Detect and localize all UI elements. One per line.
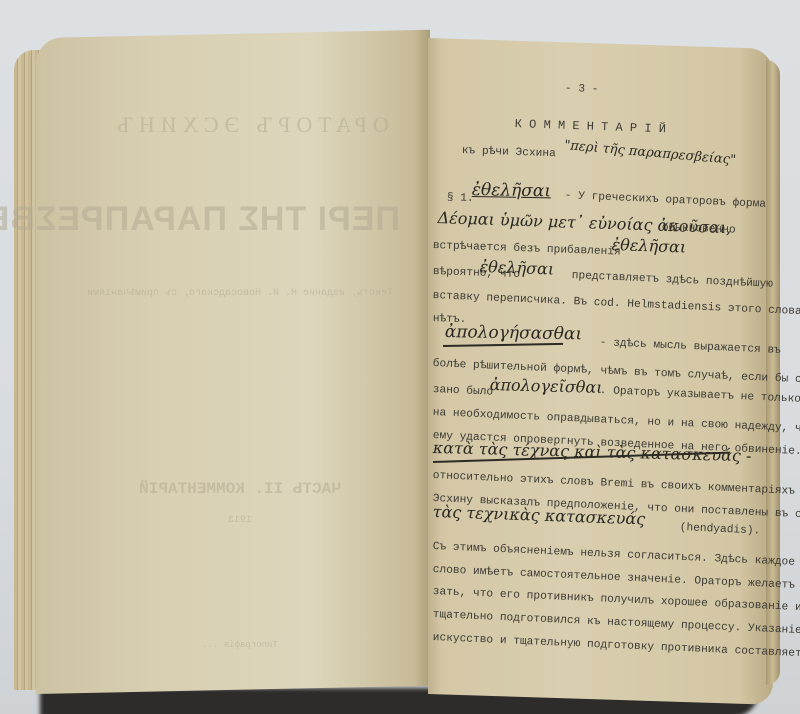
greek-word: ἐθελῆσαι: [479, 257, 554, 279]
bleed-through-title: ОРАТОРЪ ЭСХИНЪ: [100, 112, 400, 138]
bleed-through-year: 1913: [180, 515, 300, 526]
bleed-through-heading: ΠΕΡΙ ΤΗΣ ΠΑΡΑΠΡΕΣΒΕΙΑΣ: [80, 200, 400, 239]
greek-word: ἐθελῆσαι: [472, 180, 552, 201]
bleed-through-subtitle: Текстъ, издание Н. И. Новосадскаго, съ п…: [70, 288, 410, 299]
text-line: зано было: [432, 384, 493, 399]
greek-word: ἀπολογήσασθαι: [445, 322, 583, 344]
page-number: - 3 -: [565, 83, 599, 96]
bleed-through-footer: Типографія ...: [110, 640, 370, 650]
greek-word: ἀπολογεῖσθαι: [490, 375, 603, 397]
bleed-through-part: ЧАСТЬ II. КОММЕНТАРІЙ: [120, 480, 360, 498]
text-line: обыкновенно: [662, 222, 736, 237]
greek-word: ἐθελῆσαι: [611, 235, 686, 257]
section-marker: § 1.: [447, 192, 474, 205]
